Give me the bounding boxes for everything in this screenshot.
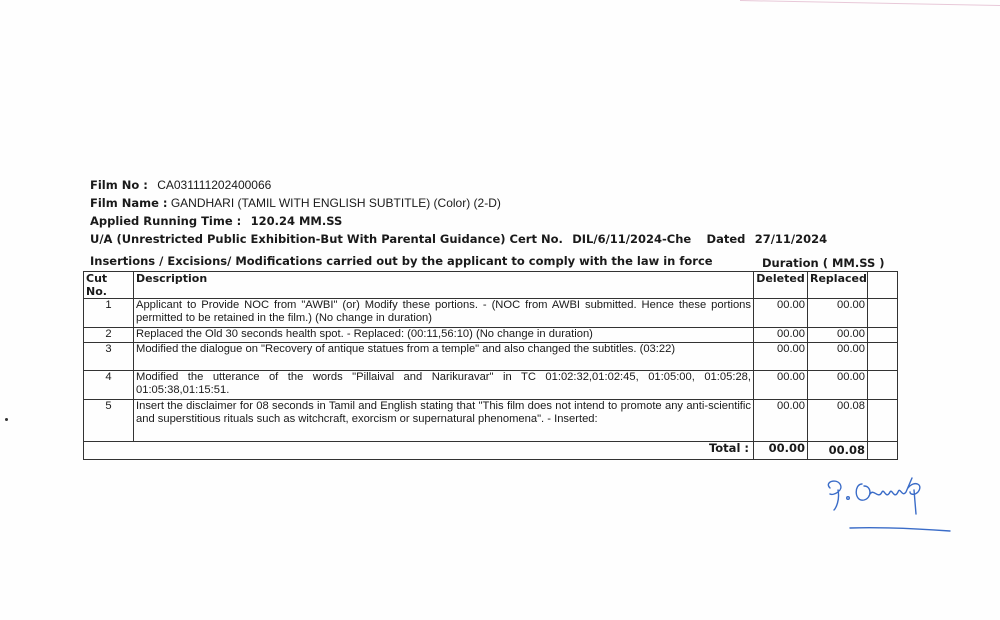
dated-label: Dated: [707, 232, 746, 246]
empty-cell: [868, 371, 898, 400]
running-time-value: 120.24 MM.SS: [251, 214, 343, 228]
replaced-cell: 00.08: [808, 400, 868, 442]
scan-artifact-dot: [5, 418, 8, 421]
total-row: Total : 00.00 00.08: [84, 442, 898, 460]
empty-cell: [868, 343, 898, 371]
dated-value: 27/11/2024: [755, 232, 827, 246]
cut-no-cell: 3: [84, 343, 134, 371]
cut-no-cell: 2: [84, 328, 134, 343]
deleted-cell: 00.00: [754, 400, 808, 442]
duration-title: Duration ( MM.SS ): [762, 256, 885, 270]
empty-cell: [868, 299, 898, 328]
total-label: Total :: [84, 442, 754, 460]
running-time-line: Applied Running Time : 120.24 MM.SS: [90, 214, 342, 228]
header-cut-no: Cut No.: [84, 272, 134, 299]
deleted-cell: 00.00: [754, 371, 808, 400]
table-row: 1 Applicant to Provide NOC from "AWBI" (…: [84, 299, 898, 328]
header-replaced: Replaced: [808, 272, 868, 299]
replaced-cell: 00.00: [808, 328, 868, 343]
running-time-label: Applied Running Time :: [90, 214, 241, 228]
header-empty: [868, 272, 898, 299]
film-name-label: Film Name :: [90, 196, 168, 210]
description-cell: Insert the disclaimer for 08 seconds in …: [134, 400, 754, 442]
empty-cell: [868, 328, 898, 343]
film-name-line: Film Name : GANDHARI (TAMIL WITH ENGLISH…: [90, 196, 501, 210]
total-replaced: 00.08: [808, 442, 868, 460]
header-description: Description: [134, 272, 754, 299]
replaced-cell: 00.00: [808, 371, 868, 400]
table-row: 5 Insert the disclaimer for 08 seconds i…: [84, 400, 898, 442]
table-header-row: Cut No. Description Deleted Replaced: [84, 272, 898, 299]
table-row: 4 Modified the utterance of the words "P…: [84, 371, 898, 400]
signature-image: [822, 470, 952, 540]
deleted-cell: 00.00: [754, 328, 808, 343]
deleted-cell: 00.00: [754, 299, 808, 328]
film-no-label: Film No :: [90, 178, 148, 192]
description-cell: Modified the utterance of the words "Pil…: [134, 371, 754, 400]
replaced-cell: 00.00: [808, 343, 868, 371]
description-cell: Modified the dialogue on "Recovery of an…: [134, 343, 754, 371]
cut-no-cell: 5: [84, 400, 134, 442]
cert-no-value: DIL/6/11/2024-Che: [572, 232, 691, 246]
cut-no-cell: 1: [84, 299, 134, 328]
description-cell: Replaced the Old 30 seconds health spot.…: [134, 328, 754, 343]
table-row: 3 Modified the dialogue on "Recovery of …: [84, 343, 898, 371]
film-name-value: GANDHARI (TAMIL WITH ENGLISH SUBTITLE) (…: [171, 196, 501, 210]
scan-artifact-line: [740, 0, 1000, 6]
certificate-line: U/A (Unrestricted Public Exhibition-But …: [90, 232, 827, 246]
empty-cell: [868, 442, 898, 460]
deleted-cell: 00.00: [754, 343, 808, 371]
cuts-table: Cut No. Description Deleted Replaced 1 A…: [83, 271, 898, 460]
replaced-cell: 00.00: [808, 299, 868, 328]
empty-cell: [868, 400, 898, 442]
film-no-line: Film No : CA031111202400066: [90, 178, 271, 192]
certificate-label: U/A (Unrestricted Public Exhibition-But …: [90, 232, 563, 246]
total-deleted: 00.00: [754, 442, 808, 460]
table-row: 2 Replaced the Old 30 seconds health spo…: [84, 328, 898, 343]
film-no-value: CA031111202400066: [157, 178, 271, 192]
description-cell: Applicant to Provide NOC from "AWBI" (or…: [134, 299, 754, 328]
header-deleted: Deleted: [754, 272, 808, 299]
cut-no-cell: 4: [84, 371, 134, 400]
modifications-section-title: Insertions / Excisions/ Modifications ca…: [90, 254, 713, 268]
